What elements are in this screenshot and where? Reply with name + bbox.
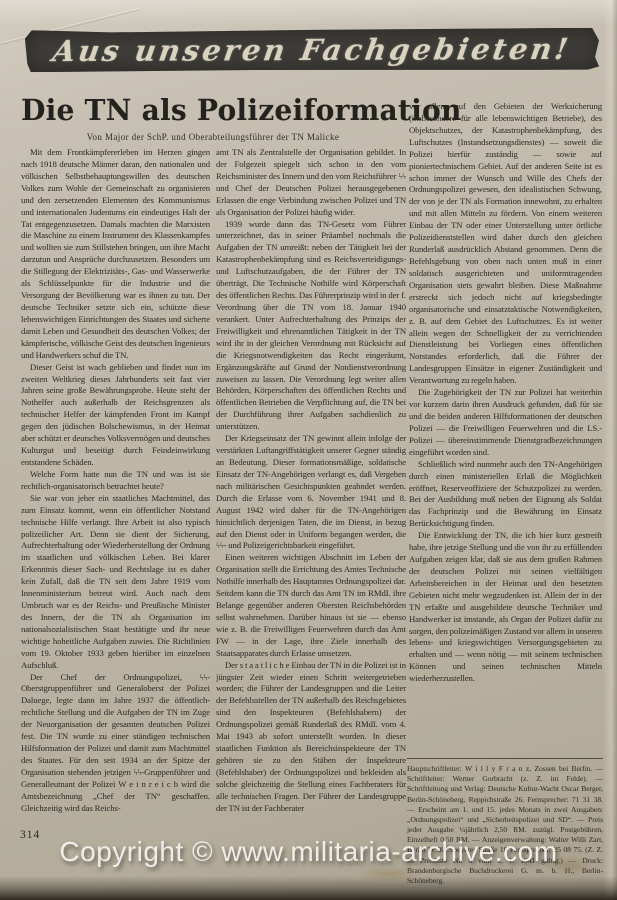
scan-bottom-shadow: [0, 876, 617, 900]
scanned-journal-page: Aus unseren Fachgebieten! Die TN als Pol…: [0, 0, 617, 900]
paragraph: Der Kriegseinsatz der TN gewinnt allein …: [216, 433, 406, 552]
page-number: 314: [20, 829, 40, 841]
page-top-light-edge: [0, 0, 617, 26]
page-right-edge: [603, 0, 617, 900]
paragraph: Der s t a a t l i c h e Einbau der TN in…: [216, 660, 406, 815]
text-column-right: vor allem auf den Gebieten der Werksiche…: [409, 101, 602, 751]
section-header-banner: Aus unseren Fachgebieten!: [25, 28, 599, 73]
paragraph: Schließlich wird nunmehr auch den TN-Ang…: [409, 459, 602, 531]
paragraph: vor allem auf den Gebieten der Werksiche…: [409, 101, 602, 387]
paragraph: Dieser Geist ist wach geblieben und find…: [21, 362, 210, 469]
paragraph: Mit dem Frontkämpfererleben im Herzen gi…: [21, 147, 210, 362]
paragraph: amt TN als Zentralstelle der Organisatio…: [216, 147, 406, 219]
text-column-middle: amt TN als Zentralstelle der Organisatio…: [216, 147, 406, 849]
text-column-left: Mit dem Frontkämpfererleben im Herzen gi…: [21, 147, 210, 827]
paragraph: 1939 wurde dann das TN-Gesetz vom Führer…: [216, 219, 406, 434]
section-header-text: Aus unseren Fachgebieten!: [51, 32, 574, 68]
paragraph: Sie war von jeher ein staatliches Machtm…: [21, 493, 210, 672]
article-byline: Von Major der SchP. und Oberabteilungsfü…: [21, 132, 405, 142]
paragraph: Welche Form hatte nun die TN und was ist…: [21, 469, 210, 493]
article-title: Die TN als Polizeiformation: [21, 95, 393, 125]
paragraph: Der Chef der Ordnungspolizei, ϟϟ-Oberstg…: [21, 672, 210, 815]
paragraph: Die Entwicklung der TN, die ich hier kur…: [409, 530, 602, 685]
paper-stain: [545, 855, 595, 877]
paragraph: Einen weiteren wichtigen Abschnitt im Le…: [216, 552, 406, 659]
paragraph: Die Zugehörigkeit der TN zur Polizei hat…: [409, 387, 602, 459]
